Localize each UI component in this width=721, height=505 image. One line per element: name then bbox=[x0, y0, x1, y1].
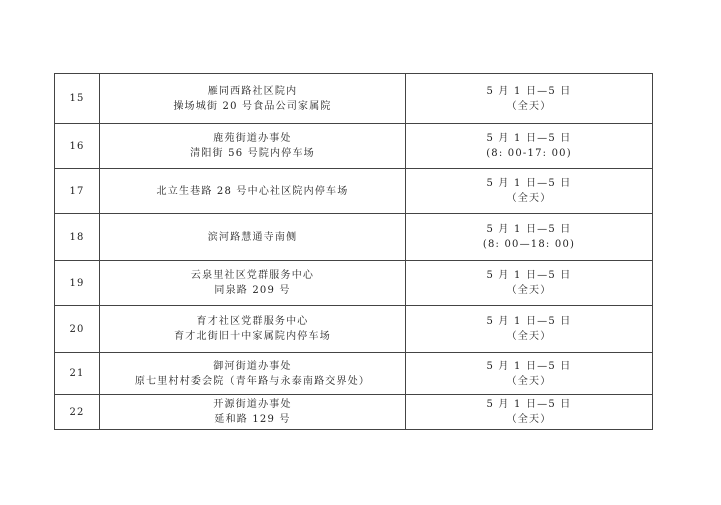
row-number-cell: 15 bbox=[55, 74, 100, 124]
table-row: 22 开源街道办事处 延和路 129 号 5 月 1 日—5 日 （全天） bbox=[55, 395, 653, 430]
location-line: 延和路 129 号 bbox=[100, 412, 405, 427]
time-cell: 5 月 1 日—5 日 （全天） bbox=[406, 395, 653, 430]
location-cell: 雁同西路社区院内 操场城街 20 号食品公司家属院 bbox=[100, 74, 406, 124]
date-range: 5 月 1 日—5 日 bbox=[406, 176, 652, 191]
time-cell: 5 月 1 日—5 日 (8: 00—18: 00) bbox=[406, 214, 653, 261]
table-row: 15 雁同西路社区院内 操场城街 20 号食品公司家属院 5 月 1 日—5 日… bbox=[55, 74, 653, 124]
location-line: 原七里村村委会院（青年路与永泰南路交界处） bbox=[100, 374, 405, 389]
row-number-cell: 22 bbox=[55, 395, 100, 430]
location-cell: 滨河路慧通寺南侧 bbox=[100, 214, 406, 261]
table-row: 21 御河街道办事处 原七里村村委会院（青年路与永泰南路交界处） 5 月 1 日… bbox=[55, 353, 653, 395]
hours: （全天） bbox=[406, 99, 652, 114]
time-cell: 5 月 1 日—5 日 （全天） bbox=[406, 353, 653, 395]
location-line: 操场城街 20 号食品公司家属院 bbox=[100, 99, 405, 114]
row-number-cell: 17 bbox=[55, 169, 100, 214]
table-row: 19 云泉里社区党群服务中心 同泉路 209 号 5 月 1 日—5 日 （全天… bbox=[55, 261, 653, 306]
date-range: 5 月 1 日—5 日 bbox=[406, 397, 652, 412]
row-number-cell: 18 bbox=[55, 214, 100, 261]
document-page: 15 雁同西路社区院内 操场城街 20 号食品公司家属院 5 月 1 日—5 日… bbox=[0, 0, 721, 505]
table-row: 18 滨河路慧通寺南侧 5 月 1 日—5 日 (8: 00—18: 00) bbox=[55, 214, 653, 261]
location-cell: 云泉里社区党群服务中心 同泉路 209 号 bbox=[100, 261, 406, 306]
date-range: 5 月 1 日—5 日 bbox=[406, 314, 652, 329]
hours: （全天） bbox=[406, 191, 652, 206]
location-line: 清阳街 56 号院内停车场 bbox=[100, 146, 405, 161]
time-cell: 5 月 1 日—5 日 （全天） bbox=[406, 74, 653, 124]
table-row: 17 北立生巷路 28 号中心社区院内停车场 5 月 1 日—5 日 （全天） bbox=[55, 169, 653, 214]
hours: (8: 00—18: 00) bbox=[406, 237, 652, 252]
date-range: 5 月 1 日—5 日 bbox=[406, 84, 652, 99]
location-cell: 育才社区党群服务中心 育才北街旧十中家属院内停车场 bbox=[100, 306, 406, 353]
location-line: 开源街道办事处 bbox=[100, 397, 405, 412]
hours: （全天） bbox=[406, 412, 652, 427]
date-range: 5 月 1 日—5 日 bbox=[406, 268, 652, 283]
time-cell: 5 月 1 日—5 日 (8: 00-17: 00) bbox=[406, 124, 653, 169]
location-line: 同泉路 209 号 bbox=[100, 283, 405, 298]
time-cell: 5 月 1 日—5 日 （全天） bbox=[406, 261, 653, 306]
row-number-cell: 16 bbox=[55, 124, 100, 169]
location-cell: 鹿苑街道办事处 清阳街 56 号院内停车场 bbox=[100, 124, 406, 169]
location-line: 鹿苑街道办事处 bbox=[100, 131, 405, 146]
location-line: 雁同西路社区院内 bbox=[100, 84, 405, 99]
pickup-location-table: 15 雁同西路社区院内 操场城街 20 号食品公司家属院 5 月 1 日—5 日… bbox=[54, 73, 653, 430]
location-line: 育才社区党群服务中心 bbox=[100, 314, 405, 329]
location-line: 云泉里社区党群服务中心 bbox=[100, 268, 405, 283]
location-line: 滨河路慧通寺南侧 bbox=[100, 230, 405, 245]
table-row: 16 鹿苑街道办事处 清阳街 56 号院内停车场 5 月 1 日—5 日 (8:… bbox=[55, 124, 653, 169]
time-cell: 5 月 1 日—5 日 （全天） bbox=[406, 169, 653, 214]
hours: （全天） bbox=[406, 283, 652, 298]
row-number-cell: 19 bbox=[55, 261, 100, 306]
date-range: 5 月 1 日—5 日 bbox=[406, 222, 652, 237]
location-line: 御河街道办事处 bbox=[100, 359, 405, 374]
date-range: 5 月 1 日—5 日 bbox=[406, 131, 652, 146]
location-line: 育才北街旧十中家属院内停车场 bbox=[100, 329, 405, 344]
row-number-cell: 21 bbox=[55, 353, 100, 395]
location-line: 北立生巷路 28 号中心社区院内停车场 bbox=[100, 184, 405, 199]
location-cell: 御河街道办事处 原七里村村委会院（青年路与永泰南路交界处） bbox=[100, 353, 406, 395]
row-number-cell: 20 bbox=[55, 306, 100, 353]
location-cell: 北立生巷路 28 号中心社区院内停车场 bbox=[100, 169, 406, 214]
hours: (8: 00-17: 00) bbox=[406, 146, 652, 161]
hours: （全天） bbox=[406, 329, 652, 344]
location-cell: 开源街道办事处 延和路 129 号 bbox=[100, 395, 406, 430]
hours: （全天） bbox=[406, 374, 652, 389]
table-row: 20 育才社区党群服务中心 育才北街旧十中家属院内停车场 5 月 1 日—5 日… bbox=[55, 306, 653, 353]
date-range: 5 月 1 日—5 日 bbox=[406, 359, 652, 374]
time-cell: 5 月 1 日—5 日 （全天） bbox=[406, 306, 653, 353]
